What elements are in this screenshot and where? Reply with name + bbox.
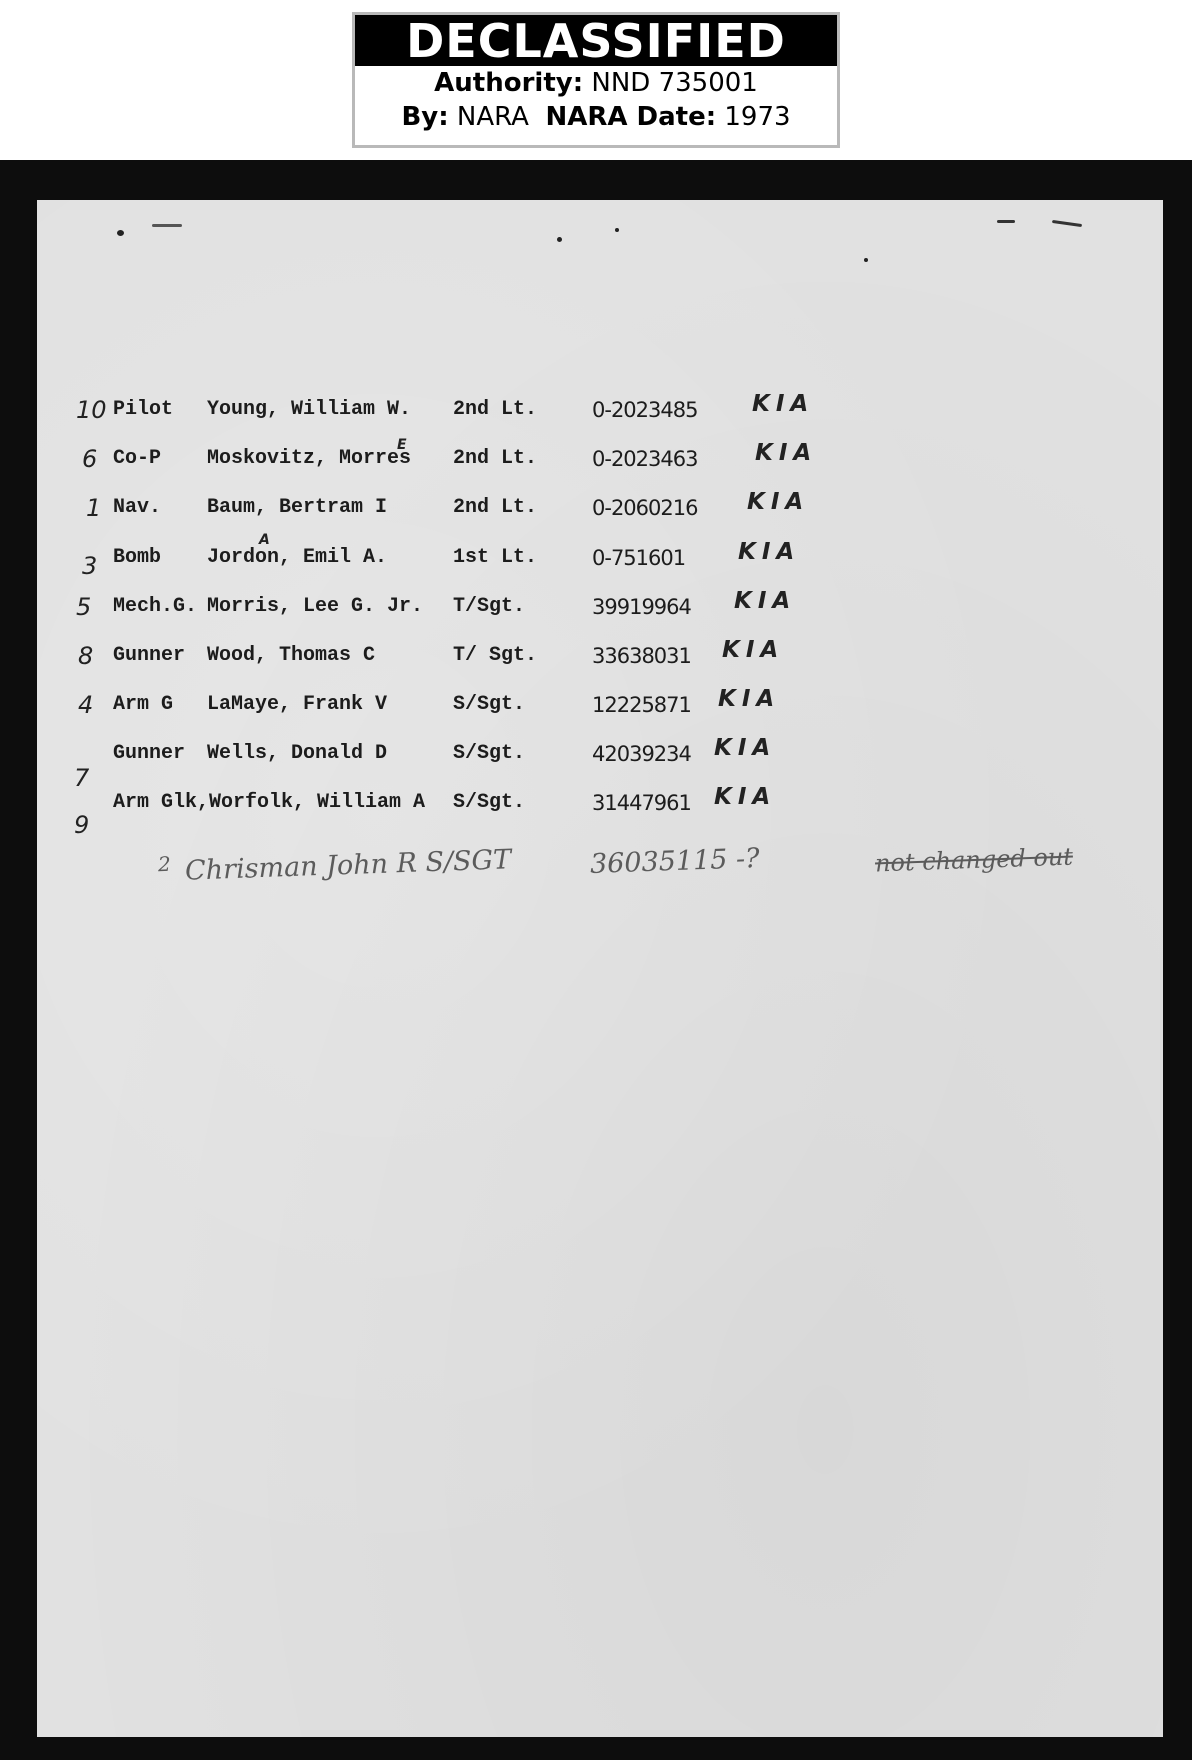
handwritten-number: 3 — [82, 552, 97, 580]
crew-row: 10 Pilot Young, William W. 2nd Lt. 0-202… — [0, 398, 1192, 428]
date-value: 1973 — [724, 102, 790, 132]
handwritten-number: 2 — [158, 852, 172, 876]
crew-position: Arm Glk, — [113, 791, 209, 815]
crew-position: Bomb — [113, 546, 161, 570]
crew-name: Wells, Donald D — [207, 742, 387, 766]
crew-serial: 39919964 — [592, 595, 691, 619]
correction-mark: A — [259, 532, 270, 548]
crew-position: Mech.G. — [113, 595, 197, 619]
crew-serial: 42039234 — [592, 742, 691, 766]
authority-label: Authority: — [434, 68, 583, 98]
crew-position: Gunner — [113, 742, 185, 766]
crew-row: 1 Nav. Baum, Bertram I 2nd Lt. 0-2060216… — [0, 496, 1192, 526]
paper-speck — [557, 237, 562, 242]
crew-serial: 0-2023485 — [592, 398, 697, 422]
handwritten-number: 9 — [74, 811, 89, 839]
by-label: By: — [401, 102, 448, 132]
correction-mark: E — [397, 437, 407, 453]
stamp-by-date: By: NARA NARA Date: 1973 — [355, 100, 837, 134]
crew-row: 6 Co-P Moskovitz, Morres 2nd Lt. 0-20234… — [0, 447, 1192, 477]
crew-serial: 12225871 — [592, 693, 691, 717]
crew-serial: 0-2023463 — [592, 447, 697, 471]
handwritten-number: 5 — [76, 593, 91, 621]
handwritten-number: 8 — [78, 642, 93, 670]
crew-serial: 0-2060216 — [592, 496, 697, 520]
crew-status: KIA — [714, 783, 776, 811]
crew-status: KIA — [718, 685, 780, 713]
crew-rank: S/Sgt. — [453, 693, 525, 717]
stamp-title: DECLASSIFIED — [355, 15, 837, 66]
crew-position: Co-P — [113, 447, 161, 471]
crew-position: Arm G — [113, 693, 173, 717]
crew-rank: 2nd Lt. — [453, 496, 537, 520]
date-label: NARA Date: — [545, 102, 716, 132]
handwritten-serial: 36035115 -? — [590, 843, 761, 880]
crew-name: Worfolk, William A — [209, 791, 425, 815]
crew-name: Baum, Bertram I — [207, 496, 387, 520]
crew-name: Moskovitz, Morres — [207, 447, 411, 471]
handwritten-number: 10 — [76, 396, 107, 424]
crew-position: Pilot — [113, 398, 173, 422]
declassified-stamp: DECLASSIFIED Authority: NND 735001 By: N… — [352, 12, 840, 148]
crew-rank: 1st Lt. — [453, 546, 537, 570]
paper-speck — [152, 224, 182, 227]
by-value: NARA — [457, 102, 529, 132]
stamp-authority: Authority: NND 735001 — [355, 66, 837, 100]
paper-speck — [864, 258, 868, 262]
crew-status: KIA — [752, 390, 814, 418]
crew-name: Young, William W. — [207, 398, 411, 422]
paper-speck — [997, 220, 1015, 223]
crew-name: LaMaye, Frank V — [207, 693, 387, 717]
crew-rank: 2nd Lt. — [453, 447, 537, 471]
crew-name: Jordon, Emil A. — [207, 546, 387, 570]
paper-speck — [117, 230, 124, 236]
crew-row: 7 Gunner Wells, Donald D S/Sgt. 42039234… — [0, 742, 1192, 772]
crew-rank: T/ Sgt. — [453, 644, 537, 668]
crew-serial: 0-751601 — [592, 546, 685, 570]
paper-speck — [1052, 220, 1082, 227]
crew-status: KIA — [755, 439, 817, 467]
crew-status: KIA — [722, 636, 784, 664]
crew-row: 3 Bomb Jordon, Emil A. 1st Lt. 0-751601 … — [0, 546, 1192, 576]
crew-status: KIA — [734, 587, 796, 615]
handwritten-number: 1 — [86, 494, 101, 522]
crew-name: Morris, Lee G. Jr. — [207, 595, 423, 619]
crew-position: Nav. — [113, 496, 161, 520]
crew-rank: T/Sgt. — [453, 595, 525, 619]
crew-row: 8 Gunner Wood, Thomas C T/ Sgt. 33638031… — [0, 644, 1192, 674]
crew-rank: 2nd Lt. — [453, 398, 537, 422]
crew-position: Gunner — [113, 644, 185, 668]
handwritten-number: 7 — [74, 764, 89, 792]
crew-name: Wood, Thomas C — [207, 644, 375, 668]
crew-row: 5 Mech.G. Morris, Lee G. Jr. T/Sgt. 3991… — [0, 595, 1192, 625]
paper-speck — [615, 228, 619, 232]
handwritten-number: 6 — [82, 445, 97, 473]
crew-row: 9 Arm Glk, Worfolk, William A S/Sgt. 314… — [0, 791, 1192, 821]
handwritten-number: 4 — [78, 691, 93, 719]
crew-row: 4 Arm G LaMaye, Frank V S/Sgt. 12225871 … — [0, 693, 1192, 723]
authority-value: NND 735001 — [591, 68, 757, 98]
crew-rank: S/Sgt. — [453, 791, 525, 815]
document-page — [37, 200, 1163, 1737]
crew-status: KIA — [738, 538, 800, 566]
crew-status: KIA — [747, 488, 809, 516]
crew-serial: 33638031 — [592, 644, 691, 668]
crew-rank: S/Sgt. — [453, 742, 525, 766]
crew-serial: 31447961 — [592, 791, 691, 815]
crew-status: KIA — [714, 734, 776, 762]
